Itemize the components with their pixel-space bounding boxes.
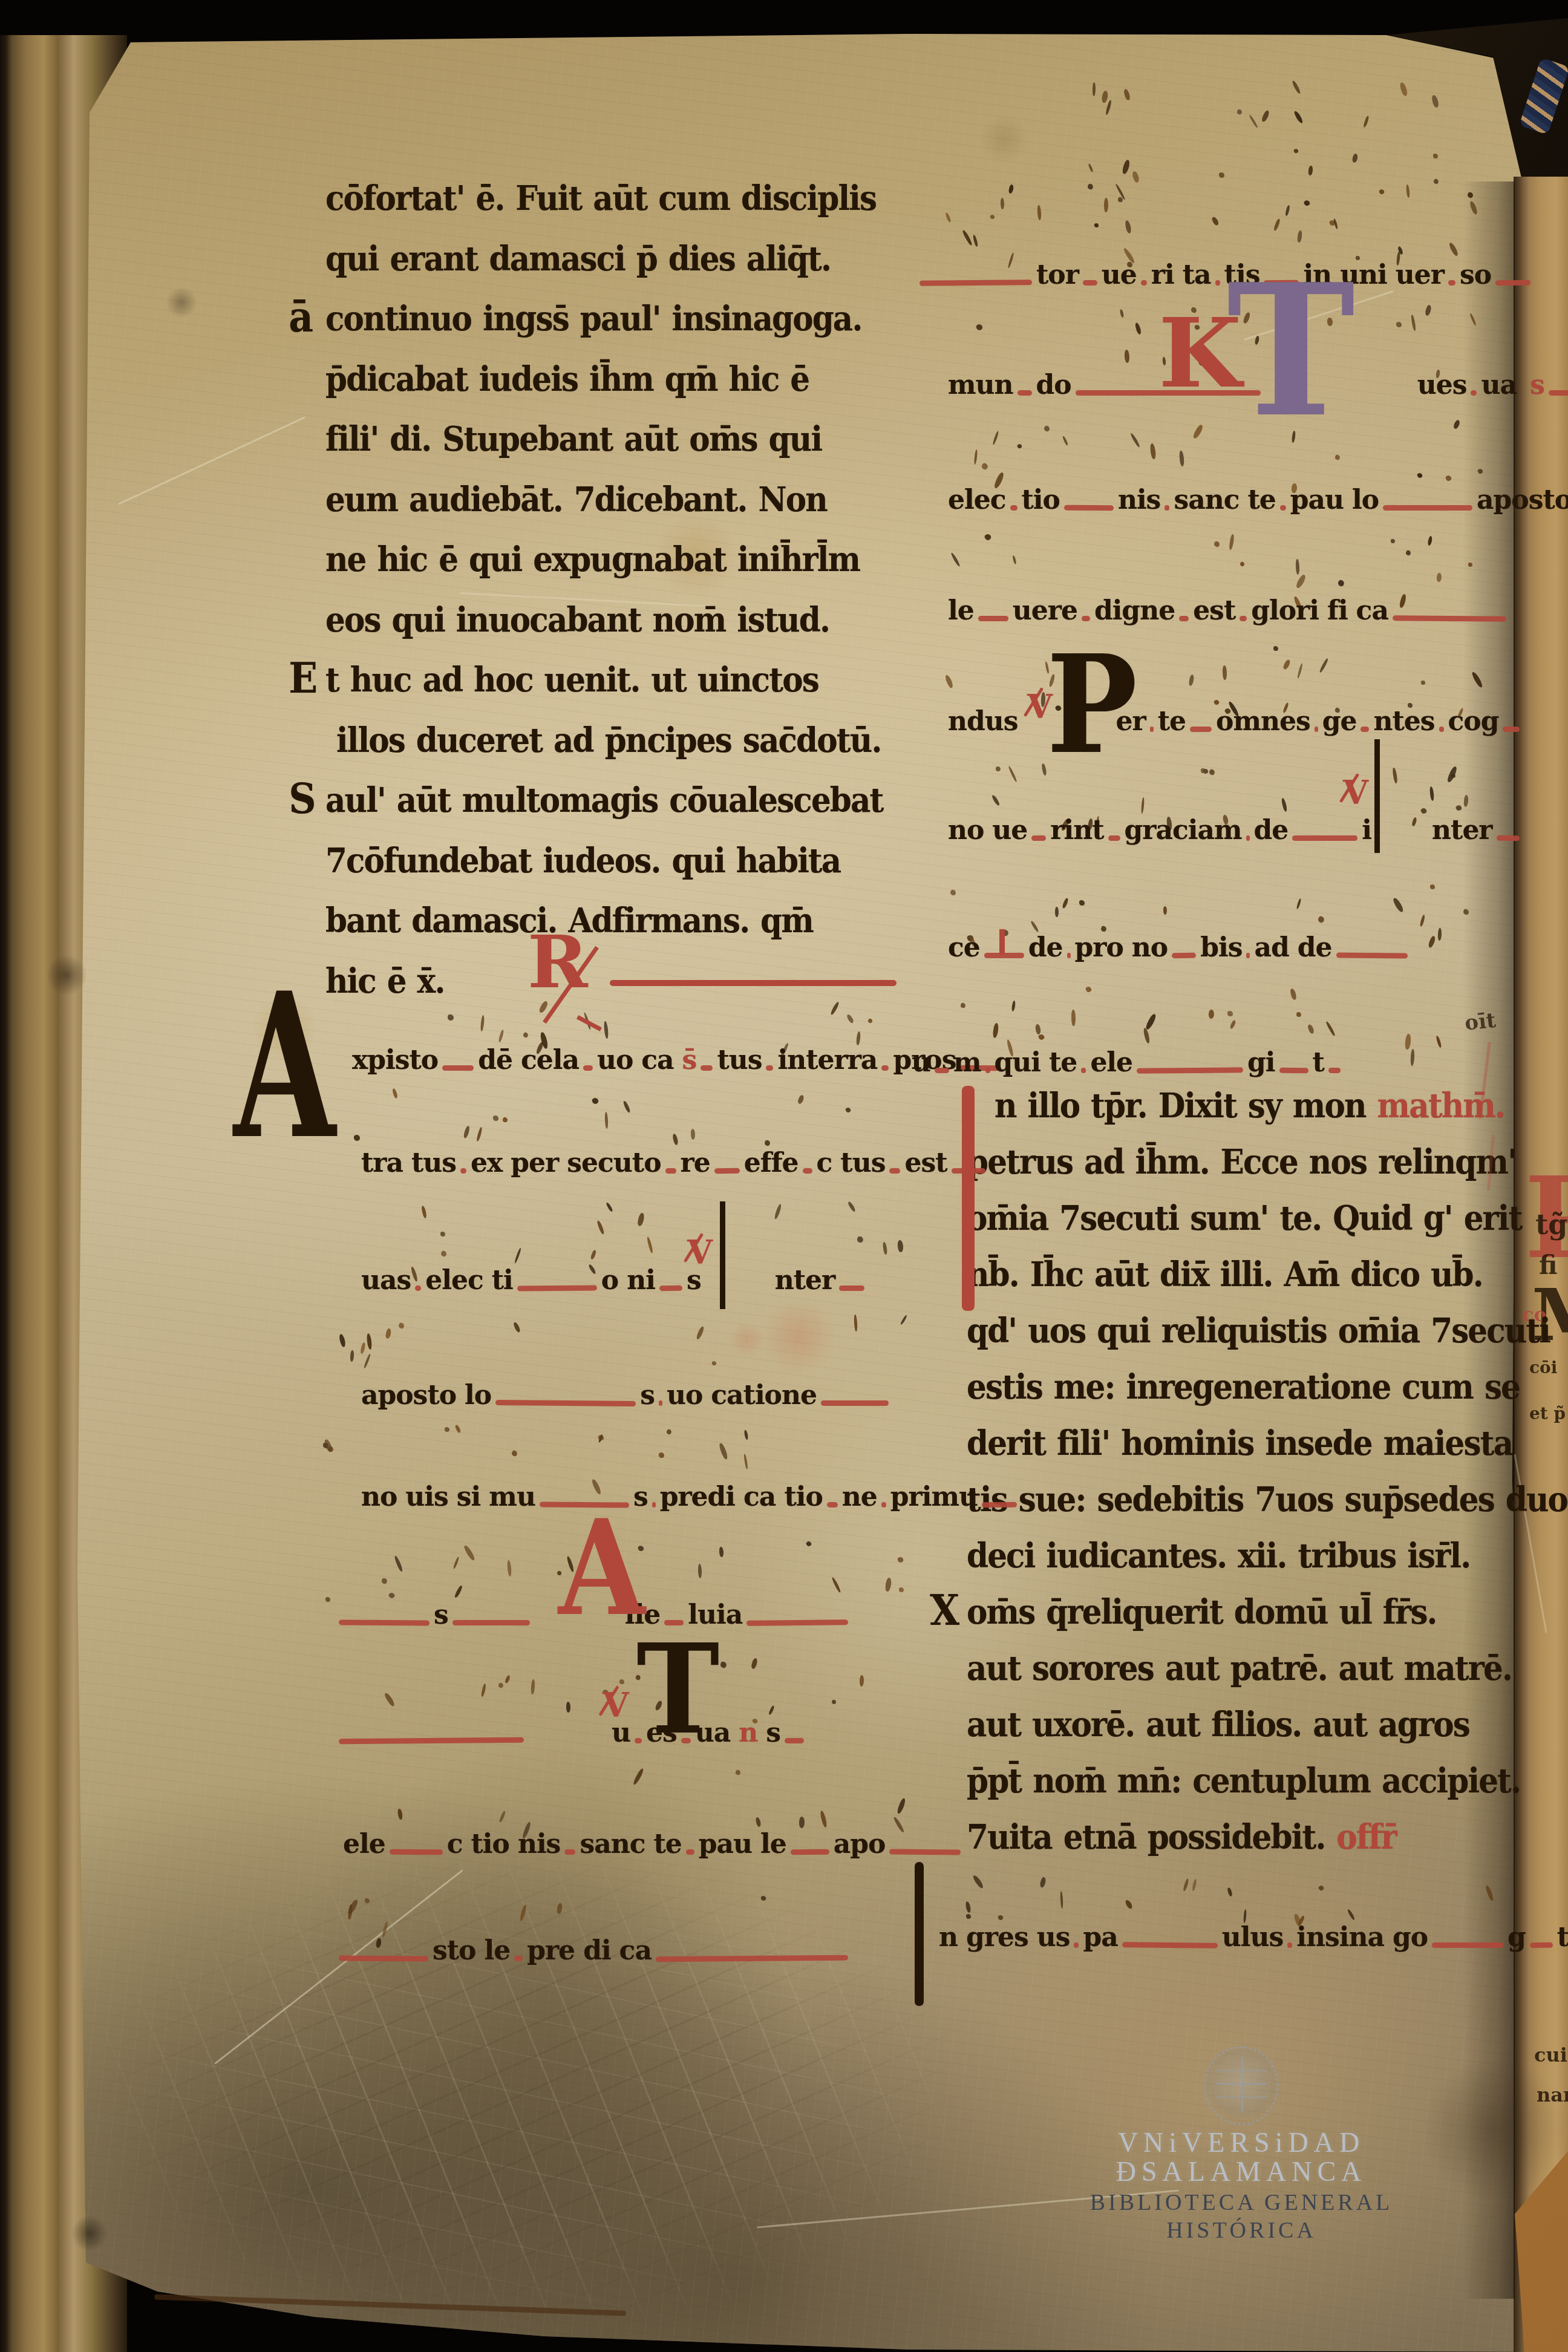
red-staff-line — [442, 1065, 474, 1071]
left-column-text-line: p̄dicabat iudeis ih̄m qm̄ hic ē — [325, 362, 809, 396]
red-staff-line — [1165, 505, 1169, 511]
music-syllable: no — [1132, 933, 1168, 964]
parchment-stain — [166, 287, 197, 318]
red-staff-line — [1336, 952, 1407, 958]
red-staff-line — [415, 1285, 421, 1291]
music-syllable: secuto — [567, 1148, 661, 1179]
left-column-text-line: ne hic ē qui expugnabat inih̄rl̄m — [325, 543, 860, 577]
left-column-text-margin-initial: E — [289, 658, 316, 699]
music-syllable: ue — [1102, 260, 1137, 291]
music-syllable: no — [948, 815, 984, 846]
red-staff-line — [652, 1502, 656, 1508]
left-column-text-line: cōfortat' ē. Fuit aūt cum disciplis — [325, 181, 876, 215]
music-syllable: ri — [1151, 260, 1174, 291]
music-syllable: i — [1362, 815, 1371, 846]
left-column-text-line: eos qui inuocabant nom̄ istud. — [325, 603, 829, 637]
music-syllable: uo — [667, 1380, 702, 1411]
music-syllable: nis — [518, 1829, 560, 1860]
music-syllable: sanc — [580, 1829, 645, 1860]
music-syllable: tio — [784, 1482, 822, 1513]
red-staff-line — [1279, 1067, 1308, 1073]
red-staff-line — [1292, 835, 1357, 841]
right-column-text-segment: mathm̄. — [1377, 1086, 1505, 1126]
red-staff-line — [1081, 1068, 1086, 1073]
right-column-text-line: tis sue: sedebitis 7uos sup̄sedes duo — [967, 1483, 1567, 1517]
left-column-text-segment: eum audiebāt. 7dicebant. Non — [325, 480, 827, 520]
music-syllable: cog — [1448, 707, 1499, 737]
left-column-text-segment: aul' aūt multomagis cōualescebat — [325, 780, 883, 820]
neume-mark — [364, 1898, 370, 1903]
red-staff-line — [1137, 1067, 1243, 1074]
neume-mark — [1433, 153, 1439, 158]
facing-page-fragment: et p̃ — [1529, 1403, 1566, 1423]
music-syllable: ad — [1254, 933, 1289, 964]
music-syllable: ca — [641, 1045, 673, 1076]
red-staff-line — [517, 1285, 597, 1291]
music-syllable: fi — [1327, 596, 1348, 627]
red-staff-line — [746, 1619, 848, 1625]
music-syllable: pau — [1290, 485, 1344, 516]
music-syllable: ge — [1322, 707, 1357, 737]
music-syllable: ca — [1356, 596, 1388, 627]
music-syllable: s — [434, 1600, 448, 1631]
right-column-text-segment: n illo tp̄r. Dixit sy mon — [995, 1086, 1377, 1126]
neume-mark — [325, 1597, 330, 1602]
music-syllable: uas — [361, 1266, 411, 1296]
music-syllable: nis — [1118, 485, 1160, 516]
left-column-text-line: ācontinuo ingss̄ paul' insinagoga. — [325, 302, 862, 336]
music-syllable: o — [601, 1266, 618, 1296]
logo-library-name: BIBLIOTECA GENERAL HISTÓRICA — [1028, 2189, 1454, 2244]
ink-bar — [610, 980, 897, 986]
illuminated-initial: V — [687, 1239, 713, 1267]
right-column-text-line: Xom̄s q̄reliquerit domū ul̄ fr̄s. — [967, 1595, 1437, 1629]
left-column-text-segment: qui erant damasci p̄ dies aliq̄t. — [325, 239, 831, 279]
red-staff-line — [1179, 616, 1189, 621]
music-syllable: interra — [777, 1045, 877, 1076]
music-syllable: rint — [1050, 815, 1103, 846]
right-column-text-line: deci iudicantes. xii. tribus isr̄l. — [967, 1539, 1470, 1573]
music-syllable: ex — [471, 1148, 502, 1179]
illuminated-initial: P — [1047, 648, 1137, 763]
red-staff-line — [1328, 1068, 1341, 1073]
red-staff-line — [339, 1619, 430, 1625]
ink-bar — [915, 1862, 924, 2006]
music-syllable: elec — [948, 485, 1006, 516]
music-syllable: t — [1557, 1922, 1568, 1953]
neume-mark — [995, 766, 1001, 772]
left-music-line: uesuans — [339, 1718, 804, 1749]
red-staff-line — [1393, 615, 1506, 622]
right-column-text-line: n illo tp̄r. Dixit sy mon mathm̄. — [995, 1089, 1504, 1123]
right-column-text-line: aut sorores aut patrē. aut matrē. — [967, 1651, 1512, 1685]
music-syllable: ca — [743, 1482, 776, 1513]
left-column-text-segment: p̄dicabat iudeis ih̄m qm̄ hic ē — [325, 359, 809, 399]
left-music-line: nouissimuspredicationeprimu — [357, 1482, 1017, 1513]
music-syllable: m — [953, 1048, 981, 1079]
red-staff-line — [1471, 390, 1477, 396]
parchment-stain — [761, 1299, 836, 1374]
music-syllable: tus — [717, 1045, 762, 1076]
facing-page-fragment: tg̃ — [1535, 1208, 1567, 1241]
left-column-text-segment: illos duceret ad p̄ncipes sac̄dotū. — [336, 720, 881, 760]
music-syllable: s — [766, 1718, 780, 1749]
right-music-line: electionissanctepauloaposto — [944, 485, 1568, 516]
music-syllable: lo — [465, 1380, 491, 1411]
red-staff-line — [881, 1502, 886, 1508]
red-staff-line — [1083, 279, 1097, 285]
red-staff-line — [1503, 726, 1520, 731]
music-syllable: ue — [992, 815, 1027, 846]
music-syllable: ni — [627, 1266, 655, 1296]
ink-bar — [962, 1086, 975, 1311]
music-syllable-red: n — [739, 1718, 757, 1749]
red-staff-line — [1495, 279, 1530, 286]
music-syllable: si — [457, 1482, 481, 1513]
music-syllable: pre — [527, 1936, 575, 1967]
music-syllable: elec — [425, 1266, 483, 1296]
neume-mark — [566, 1702, 571, 1713]
red-staff-line — [514, 1956, 523, 1961]
music-syllable: uis — [405, 1482, 448, 1513]
left-column-text-line: hic ē x̄. — [325, 964, 445, 998]
staff-gap — [524, 1746, 607, 1749]
illuminated-initial: V — [603, 1691, 629, 1720]
right-column-text-segment: 7uita etnā possidebit. — [967, 1817, 1336, 1857]
right-column-text-line: p̄pt̄ nom̄ mn̄: centuplum accipiet. — [967, 1764, 1520, 1798]
music-syllable: so — [1460, 260, 1491, 291]
music-syllable: gres — [966, 1922, 1028, 1953]
music-syllable: ca — [619, 1936, 652, 1967]
illuminated-initial: T — [636, 1637, 719, 1742]
left-column-text-segment: cōfortat' ē. Fuit aūt cum disciplis — [325, 178, 876, 218]
right-music-line: cedepronobisadde — [944, 933, 1408, 964]
left-column-text-line: qui erant damasci p̄ dies aliq̄t. — [325, 242, 831, 276]
red-staff-line — [978, 616, 1008, 621]
red-staff-line — [803, 1168, 812, 1174]
neume-mark — [1273, 645, 1279, 651]
illuminated-initial: K — [1158, 313, 1241, 394]
red-staff-line — [982, 1501, 1017, 1508]
music-syllable: ele — [343, 1829, 385, 1860]
red-staff-line — [1315, 727, 1318, 732]
music-syllable: de — [1298, 933, 1332, 964]
logo-university-name: VNiVERSiDAD — [1028, 2128, 1454, 2157]
illuminated-initial: V — [1343, 779, 1368, 807]
music-syllable: qui — [995, 1048, 1040, 1079]
red-staff-line — [1246, 835, 1250, 841]
music-syllable: tio — [1022, 485, 1060, 516]
red-staff-line — [1010, 505, 1017, 511]
music-syllable: ele — [1090, 1048, 1132, 1079]
red-staff-line — [821, 1400, 889, 1406]
music-syllable: lo — [1352, 485, 1379, 516]
red-staff-line — [1497, 835, 1520, 840]
left-column-text-margin-initial: S — [289, 779, 315, 820]
right-column-text-segment: deci iudicantes. xii. tribus isr̄l. — [967, 1536, 1470, 1576]
red-staff-line — [935, 1067, 949, 1073]
facing-page-fragment: cōi — [1529, 1357, 1557, 1377]
university-seal-icon — [1204, 2046, 1279, 2126]
red-staff-line — [791, 1849, 829, 1855]
neume-mark — [1055, 907, 1059, 918]
neume-mark — [448, 1014, 454, 1021]
right-column-text-segment: qd' uos qui reliquistis om̄ia 7secuti — [967, 1311, 1550, 1351]
music-syllable: catione — [711, 1380, 817, 1411]
left-column-text-segment: fili' di. Stupebant aūt om̄s qui — [325, 419, 822, 459]
red-staff-line — [1150, 727, 1154, 732]
illuminated-initial: V — [1027, 693, 1053, 721]
music-syllable: mu — [489, 1482, 535, 1513]
music-syllable: est — [1193, 596, 1235, 627]
right-column-text-line: qd' uos qui reliquistis om̄ia 7secuti — [967, 1314, 1550, 1348]
neume-mark — [440, 1232, 445, 1236]
parchment-stain — [729, 1322, 765, 1358]
music-syllable: predi — [660, 1482, 735, 1513]
music-syllable: uo — [597, 1045, 633, 1076]
red-staff-line — [1215, 280, 1220, 286]
red-staff-line — [1287, 1942, 1292, 1948]
left-column-text-segment: eos qui inuocabant nom̄ istud. — [325, 600, 829, 640]
music-syllable: sto — [433, 1936, 475, 1967]
left-column-text-margin-initial: ā — [289, 297, 312, 338]
parchment-stain — [980, 115, 1028, 163]
music-syllable: go — [1393, 1922, 1428, 1953]
music-syllable: te — [1247, 485, 1275, 516]
music-syllable: us — [1037, 1922, 1070, 1953]
right-column-text-segment: petrus ad ih̄m. Ecce nos relinqm' — [967, 1142, 1516, 1182]
music-syllable: ntes — [1373, 707, 1434, 737]
parchment-stain — [71, 2215, 108, 2252]
music-syllable: ta — [1183, 260, 1211, 291]
neume-mark — [691, 1129, 695, 1140]
right-column-text-segment: om̄ia 7secuti sum' te. Quid g' erit — [967, 1198, 1522, 1238]
music-syllable: sanc — [1174, 485, 1239, 516]
music-syllable: de — [1254, 815, 1289, 846]
music-syllable: tio — [471, 1829, 509, 1860]
right-music-line: leueredigneestglorifica — [944, 596, 1506, 627]
neume-mark — [1222, 665, 1226, 680]
red-staff-line — [1031, 835, 1046, 841]
illuminated-initial: oīt — [1464, 1012, 1497, 1033]
red-staff-line — [889, 1849, 961, 1855]
music-syllable: nter — [775, 1266, 835, 1296]
red-staff-line — [1246, 953, 1250, 958]
red-staff-line — [339, 1737, 524, 1744]
music-syllable: u — [912, 1048, 930, 1079]
right-column-text-segment: aut uxorē. aut filios. aut agros — [967, 1705, 1469, 1745]
red-staff-line — [1122, 1942, 1218, 1948]
right-column-text-margin-initial: X — [930, 1590, 958, 1632]
music-syllable: ti — [492, 1266, 513, 1296]
left-column-text-segment: hic ē x̄. — [325, 961, 445, 1001]
red-staff-line — [659, 1285, 682, 1290]
music-syllable: effe — [744, 1148, 799, 1179]
music-syllable: uere — [1013, 596, 1077, 627]
right-column-text-segment: p̄pt̄ nom̄ mn̄: centuplum accipiet. — [967, 1761, 1520, 1801]
music-syllable: digne — [1094, 596, 1175, 627]
music-syllable: gi — [1247, 1048, 1275, 1079]
music-syllable: te — [1158, 707, 1186, 737]
music-syllable: mun — [948, 370, 1013, 401]
red-staff-line — [583, 1065, 593, 1071]
red-staff-line — [881, 1065, 889, 1071]
ink-bar — [1374, 739, 1380, 853]
red-staff-line — [1141, 280, 1147, 286]
left-music-line: uaselectionisnter — [357, 1266, 864, 1296]
red-staff-line — [495, 1400, 636, 1406]
music-syllable: ues — [1417, 370, 1467, 401]
red-staff-line — [1439, 727, 1444, 732]
neume-mark — [1071, 1010, 1076, 1026]
music-syllable: t — [1313, 1048, 1324, 1079]
staff-gap — [705, 1294, 771, 1296]
manuscript-photo: Ptg̃fiMcocōiet p̃cuinar cōfortat' ē. Fui… — [0, 0, 1568, 2352]
right-music-line: umquiteelegit — [907, 1048, 1341, 1079]
music-syllable: le — [484, 1936, 510, 1967]
music-syllable: est — [904, 1148, 947, 1179]
left-music-line: electionissanctepauleapo — [339, 1829, 961, 1860]
left-column-text-line: 7cōfundebat iudeos. qui habita — [325, 844, 840, 878]
music-syllable: per — [511, 1148, 558, 1179]
red-staff-line — [1280, 505, 1286, 511]
illuminated-initial: T — [1227, 273, 1355, 428]
left-column-text-line: illos duceret ad p̄ncipes sac̄dotū. — [336, 724, 881, 757]
staff-gap — [1376, 844, 1428, 846]
left-column-text-segment: continuo ingss̄ paul' insinagoga. — [325, 299, 862, 339]
music-syllable: cela — [521, 1045, 579, 1076]
music-syllable: te — [1049, 1048, 1077, 1079]
parchment-stain — [290, 1742, 799, 2250]
red-staff-line — [714, 1168, 740, 1173]
left-column-text-line: eum audiebāt. 7dicebant. Non — [325, 483, 827, 517]
left-music-line: tratusexpersecutoreeffectusest — [357, 1148, 985, 1179]
music-syllable: dē — [478, 1045, 512, 1076]
music-syllable: xpisto — [352, 1045, 438, 1076]
music-syllable: omnes — [1216, 707, 1310, 737]
red-staff-line — [665, 1168, 676, 1174]
music-syllable: de — [1028, 933, 1063, 964]
music-syllable: c — [447, 1829, 463, 1860]
red-staff-line — [1530, 1942, 1553, 1947]
music-syllable: le — [760, 1829, 786, 1860]
music-syllable: primu — [890, 1482, 978, 1513]
right-music-line: nouerintgraciamdeinter — [944, 815, 1520, 846]
red-staff-line — [766, 1065, 773, 1071]
illuminated-initial: R — [528, 932, 588, 993]
red-staff-line — [839, 1285, 864, 1291]
red-staff-line — [1172, 952, 1196, 958]
illuminated-initial: A — [558, 1512, 645, 1624]
left-column-text-segment: 7cōfundebat iudeos. qui habita — [325, 841, 840, 881]
music-syllable: c — [817, 1148, 832, 1179]
red-staff-line — [564, 1849, 575, 1855]
bottom-music-line: ngresuspaulusinsinagogt — [935, 1922, 1568, 1953]
red-staff-line — [785, 1737, 804, 1743]
music-syllable: ce — [948, 933, 980, 964]
music-syllable: graciam — [1125, 815, 1242, 846]
neume-mark — [1001, 198, 1004, 209]
red-staff-line — [827, 1502, 838, 1508]
music-syllable: s — [640, 1380, 655, 1411]
music-syllable: pa — [1083, 1922, 1117, 1953]
staff-gap — [1521, 399, 1526, 401]
red-staff-line — [1549, 390, 1568, 395]
right-column-text-line: om̄ia 7secuti sum' te. Quid g' erit — [967, 1201, 1522, 1235]
right-column-text-line: nb̄. Ih̄c aūt dix̄ illi. Am̄ dico ub̄. — [967, 1258, 1483, 1292]
right-column-text-line: derit fili' hominis insede maiesta — [967, 1426, 1512, 1460]
left-column-text-segment: ne hic ē qui expugnabat inih̄rl̄m — [325, 540, 860, 580]
red-staff-line — [985, 1068, 990, 1073]
left-music-line: apostolosuocatione — [357, 1380, 889, 1411]
music-syllable: di — [583, 1936, 610, 1967]
music-syllable: g — [1508, 1922, 1526, 1953]
right-music-line: torueritatisinuniuerso — [920, 260, 1530, 291]
music-syllable: do — [1036, 370, 1071, 401]
music-syllable: tor — [1036, 260, 1079, 291]
red-staff-line — [1240, 616, 1247, 621]
music-syllable: ne — [842, 1482, 877, 1513]
library-watermark: VNiVERSiDAD ĐSALAMANCA BIBLIOTECA GENERA… — [1028, 2046, 1454, 2244]
music-syllable: tra — [361, 1148, 403, 1179]
music-syllable: pau — [699, 1829, 752, 1860]
red-staff-line — [452, 1620, 530, 1625]
red-staff-line — [1432, 1942, 1503, 1948]
music-syllable: le — [948, 596, 974, 627]
music-syllable: no — [361, 1482, 397, 1513]
red-staff-line — [1018, 390, 1032, 395]
music-syllable: n — [939, 1922, 958, 1953]
red-staff-line — [1383, 505, 1472, 511]
music-syllable: nter — [1432, 815, 1492, 846]
music-syllable: te — [653, 1829, 681, 1860]
music-syllable: tus — [411, 1148, 456, 1179]
red-staff-line — [1108, 835, 1120, 841]
music-syllable: bis — [1200, 933, 1242, 964]
right-column-text-line: estis me: inregeneratione cum se — [967, 1370, 1520, 1404]
red-staff-line — [889, 1168, 900, 1174]
ink-bar — [999, 929, 1005, 955]
red-staff-line — [1074, 1942, 1079, 1948]
right-column-text-segment: nb̄. Ih̄c aūt dix̄ illi. Am̄ dico ub̄. — [967, 1255, 1483, 1295]
red-staff-line — [460, 1168, 466, 1174]
music-syllable: re — [681, 1148, 710, 1179]
red-staff-line — [1082, 616, 1090, 621]
right-column-text-line: petrus ad ih̄m. Ecce nos relinqm' — [967, 1145, 1516, 1179]
neume-mark — [619, 1679, 624, 1684]
illuminated-initial: A — [234, 981, 336, 1151]
right-column-text-segment: derit fili' hominis insede maiesta — [967, 1423, 1512, 1463]
music-syllable: aposto — [1477, 485, 1568, 516]
left-column-text-line: Saul' aūt multomagis cōualescebat — [325, 783, 883, 817]
music-syllable: ulus — [1222, 1922, 1283, 1953]
left-music-line: stolepredica — [339, 1936, 848, 1967]
music-syllable: insina — [1296, 1922, 1384, 1953]
ink-bar — [720, 1201, 725, 1309]
red-staff-line — [701, 1065, 713, 1071]
left-column-text-line: Et huc ad hoc uenit. ut uinctos — [325, 663, 818, 697]
right-column-text-segment: tis sue: sedebitis 7uos sup̄sedes duo — [967, 1480, 1567, 1520]
red-staff-line — [390, 1849, 443, 1855]
music-syllable-red: s — [1530, 370, 1544, 401]
music-syllable-red: s̄ — [682, 1045, 697, 1076]
music-syllable: apo — [834, 1829, 886, 1860]
red-staff-line — [659, 1400, 662, 1406]
music-syllable: ndus — [948, 707, 1018, 737]
right-column-text-segment: offr̄ — [1336, 1817, 1396, 1857]
red-staff-line — [1448, 280, 1455, 286]
left-column-text-line: fili' di. Stupebant aūt om̄s qui — [325, 422, 822, 456]
